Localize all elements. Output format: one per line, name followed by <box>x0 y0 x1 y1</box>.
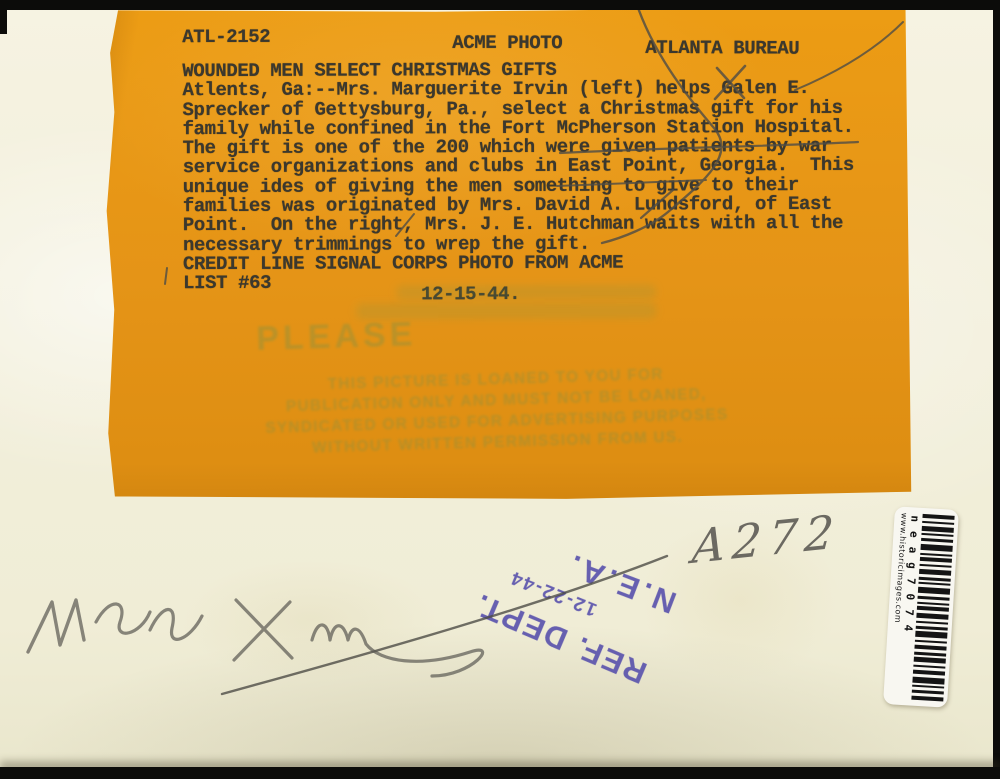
barcode-bar <box>918 587 950 595</box>
barcode-bar <box>911 695 943 701</box>
barcode-bar <box>922 514 954 520</box>
barcode-bar <box>917 606 949 612</box>
barcode-bar <box>915 631 947 639</box>
scan-edge-top <box>0 0 1000 10</box>
barcode-bar <box>916 620 948 624</box>
caption-lines: Atlents, Ga:--Mrs. Marguerite Irvin (lef… <box>182 79 907 255</box>
barcode-bar <box>922 521 954 525</box>
barcode-bar <box>916 625 948 630</box>
restriction-stamp-text: THIS PICTURE IS LOANED TO YOU FORPUBLICA… <box>165 359 827 463</box>
paper-stain <box>180 560 440 680</box>
barcode-bar <box>918 596 950 601</box>
restriction-stamp-heading: PLEASE <box>256 315 417 359</box>
barcode-bar <box>921 533 953 537</box>
caption-block: WOUNDED MEN SELECT CHRISTMAS GIFTS Atlen… <box>182 60 907 294</box>
barcode-bar <box>920 557 952 563</box>
barcode-bar <box>913 665 945 669</box>
barcode-bar <box>919 569 951 576</box>
credit-line: CREDIT LINE SIGNAL CORPS PHOTO FROM ACME <box>183 253 907 275</box>
barcode-bar <box>914 657 946 664</box>
barcode-bar <box>918 582 950 586</box>
barcode-bar <box>914 644 946 650</box>
scan-edge-corner <box>0 8 7 34</box>
bureau-name: ATLANTA BUREAU <box>645 37 799 60</box>
barcode-bar <box>912 690 944 695</box>
barcode-bar <box>921 538 953 543</box>
barcode-bar <box>922 525 954 532</box>
photo-id: ATL-2152 <box>182 26 270 48</box>
agency-name: ACME PHOTO <box>452 32 562 54</box>
barcode-bar <box>917 601 949 605</box>
barcode-bar <box>912 676 944 684</box>
barcode-bar <box>916 613 948 620</box>
scan-edge-right <box>993 0 1000 779</box>
barcode-bar <box>915 640 947 644</box>
barcode-bar <box>912 685 944 689</box>
scan-edge-bottom <box>0 767 1000 779</box>
barcode-bar <box>921 544 953 552</box>
barcode-bar <box>914 651 946 656</box>
barcode-bar <box>920 552 952 556</box>
faded-stamp-smudge <box>396 284 656 299</box>
barcode-sticker: www.historicimages.com neag7074 <box>883 506 959 708</box>
caption-slip: ATL-2152 ACME PHOTO ATLANTA BUREAU WOUND… <box>105 6 913 503</box>
barcode-bar <box>913 669 945 675</box>
barcode-bar <box>919 576 951 581</box>
barcode-bar <box>920 564 952 568</box>
